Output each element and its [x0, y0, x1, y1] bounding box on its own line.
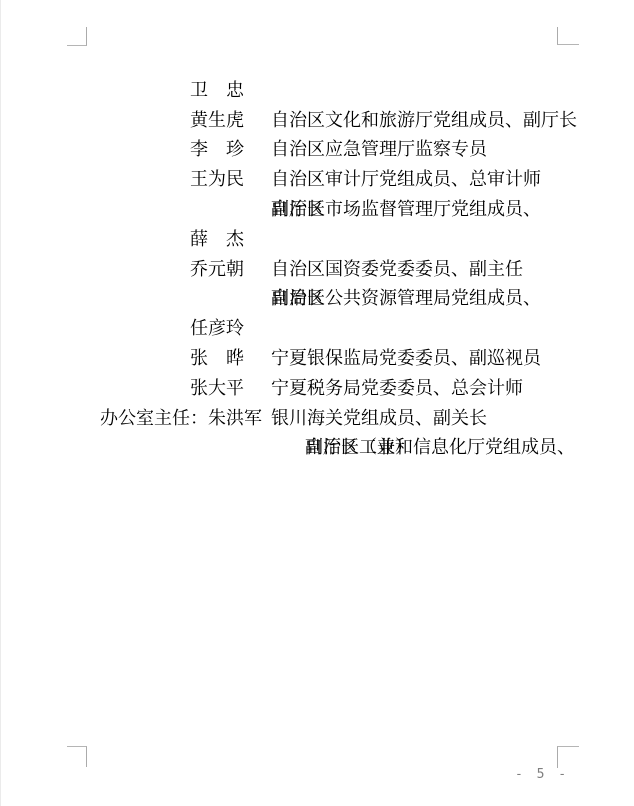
roster-entry: 王为民 自治区市场监督管理厅党组成员、	[1, 135, 634, 165]
crop-mark-bottom-left	[67, 746, 87, 767]
crop-mark-top-left	[67, 27, 87, 46]
roster-entry: 薛 杰 自治区国资委党委委员、副主任	[1, 195, 634, 225]
roster-entry: 任彦玲 宁夏银保监局党委委员、副巡视员	[1, 284, 634, 314]
roster-entry-continuation: 副局长	[1, 255, 634, 285]
roster-entry: 乔元朝 自治区公共资源管理局党组成员、	[1, 225, 634, 255]
crop-mark-bottom-right	[557, 746, 579, 768]
office-director-title-continuation: 副厅长（兼）	[305, 433, 413, 463]
roster-text-block: 卫 忠 自治区文化和旅游厅党组成员、副厅长 黄生虎 自治区应急管理厅监察专员 李…	[1, 46, 634, 433]
roster-entry: 李 珍 自治区审计厅党组成员、总审计师	[1, 106, 634, 136]
roster-entry: 张大平 银川海关党组成员、副关长	[1, 344, 634, 374]
document-page: 卫 忠 自治区文化和旅游厅党组成员、副厅长 黄生虎 自治区应急管理厅监察专员 李…	[0, 0, 634, 806]
roster-entry: 黄生虎 自治区应急管理厅监察专员	[1, 76, 634, 106]
crop-mark-top-right	[557, 27, 579, 45]
roster-entry-continuation: 副厅长	[1, 165, 634, 195]
office-director-entry: 办公室主任：朱洪军 自治区工业和信息化厅党组成员、	[1, 374, 634, 404]
page-number: - 5 -	[515, 767, 569, 783]
office-director-continuation: 副厅长（兼）	[1, 404, 634, 434]
roster-entry: 张 晔 宁夏税务局党委委员、总会计师	[1, 314, 634, 344]
roster-entry: 卫 忠 自治区文化和旅游厅党组成员、副厅长	[1, 46, 634, 76]
